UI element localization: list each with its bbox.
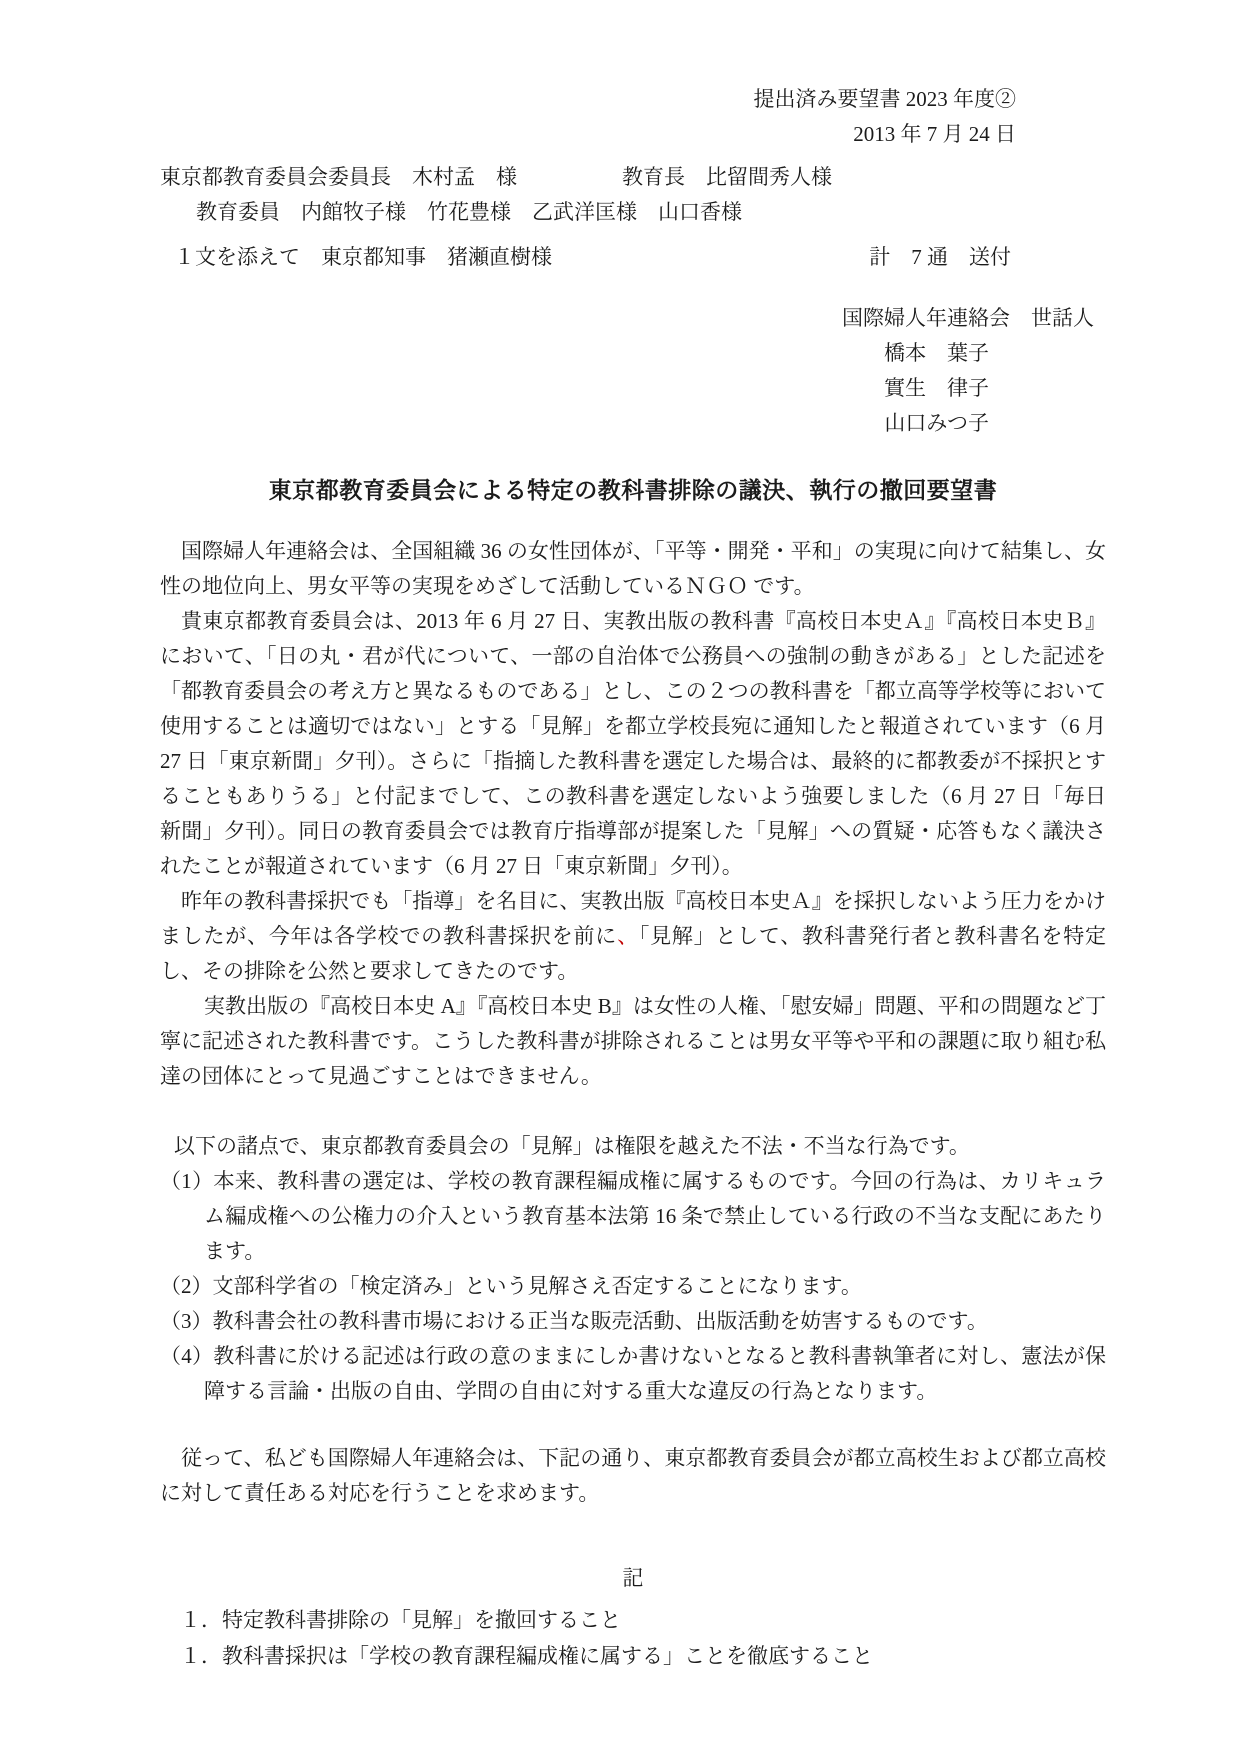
- addressee-block: 東京都教育委員会委員長 木村孟 様 教育長 比留間秀人様 教育委員 内館牧子様 …: [160, 160, 1106, 275]
- addressee-line-1: 東京都教育委員会委員長 木村孟 様 教育長 比留間秀人様: [160, 160, 1106, 195]
- conclusion-item-2: １．教科書採択は「学校の教育課程編成権に属する」ことを徹底すること: [160, 1638, 1106, 1674]
- document-title: 東京都教育委員会による特定の教科書排除の議決、執行の撤回要望書: [160, 473, 1106, 508]
- red-comma: 、: [617, 924, 639, 948]
- body-paragraph-4: 実教出版の『高校日本史 A』『高校日本史 B』は女性の人権、「慰安婦」問題、平和…: [160, 989, 1106, 1094]
- sender-block: 国際婦人年連絡会 世話人 橋本 葉子 實生 律子 山口みつ子: [160, 301, 1106, 441]
- conclusion-item-1: １．特定教科書排除の「見解」を撤回すること: [160, 1602, 1106, 1638]
- numbered-point-2: （2）文部科学省の「検定済み」という見解さえ否定することになります。: [160, 1269, 1106, 1304]
- doc-label: 提出済み要望書 2023 年度②: [160, 82, 1016, 117]
- closing-paragraph: 従って、私ども国際婦人年連絡会は、下記の通り、東京都教育委員会が都立高校生および…: [160, 1441, 1106, 1511]
- sender-name: 山口みつ子: [160, 406, 989, 441]
- addressee-line-3: １文を添えて 東京都知事 猪瀬直樹様 計 7 通 送付: [160, 240, 1106, 275]
- numbered-point-4: （4）教科書に於ける記述は行政の意のままにしか書けないとなると教科書執筆者に対し…: [160, 1339, 1106, 1409]
- doc-date: 2013 年 7 月 24 日: [160, 117, 1016, 152]
- sender-organization: 国際婦人年連絡会 世話人: [160, 301, 1094, 336]
- numbered-point-3: （3）教科書会社の教科書市場における正当な販売活動、出版活動を妨害するものです。: [160, 1304, 1106, 1339]
- addressee-line-3-left: １文を添えて 東京都知事 猪瀬直樹様: [160, 240, 552, 275]
- conclusion-list: １．特定教科書排除の「見解」を撤回すること １．教科書採択は「学校の教育課程編成…: [160, 1602, 1106, 1674]
- body-paragraph-5: 以下の諸点で、東京都教育委員会の「見解」は権限を越えた不法・不当な行為です。: [160, 1129, 1106, 1164]
- sender-name: 實生 律子: [160, 371, 989, 406]
- numbered-points: （1）本来、教科書の選定は、学校の教育課程編成権に属するものです。今回の行為は、…: [160, 1164, 1106, 1409]
- addressee-line-2: 教育委員 内館牧子様 竹花豊様 乙武洋匡様 山口香様: [160, 195, 1106, 230]
- sent-count: 計 7 通 送付: [869, 240, 1011, 275]
- numbered-point-1: （1）本来、教科書の選定は、学校の教育課程編成権に属するものです。今回の行為は、…: [160, 1164, 1106, 1269]
- document-page: 提出済み要望書 2023 年度② 2013 年 7 月 24 日 東京都教育委員…: [0, 0, 1240, 1754]
- document-body: 国際婦人年連絡会は、全国組織 36 の女性団体が、「平等・開発・平和」の実現に向…: [160, 534, 1106, 1674]
- record-mark: 記: [160, 1561, 1106, 1596]
- body-paragraph-3: 昨年の教科書採択でも「指導」を名目に、実教出版『高校日本史Ａ』を採択しないよう圧…: [160, 884, 1106, 989]
- body-paragraph-2: 貴東京都教育委員会は、2013 年 6 月 27 日、実教出版の教科書『高校日本…: [160, 604, 1106, 884]
- sender-name: 橋本 葉子: [160, 336, 989, 371]
- body-paragraph-1: 国際婦人年連絡会は、全国組織 36 の女性団体が、「平等・開発・平和」の実現に向…: [160, 534, 1106, 604]
